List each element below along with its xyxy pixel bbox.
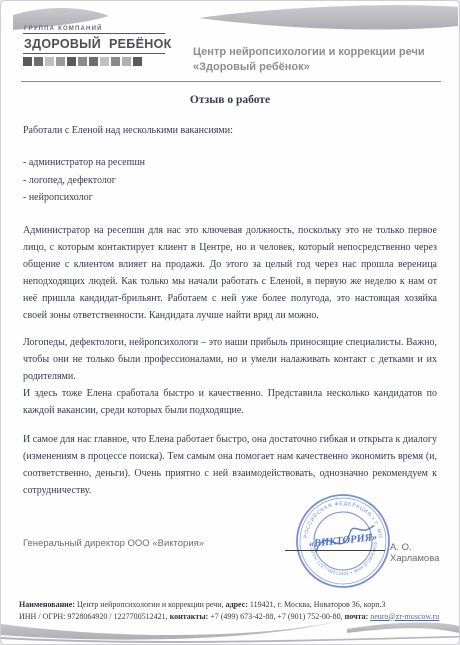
header-org-line2: «Здоровый ребёнок» bbox=[193, 60, 453, 75]
document-title: Отзыв о работе bbox=[1, 94, 459, 106]
vacancy-item: - логопед, дефектолог bbox=[23, 172, 437, 190]
footer-inn-ogrn-value: ИНН / ОГРН: 9728064920 / 1227700512421, bbox=[19, 612, 170, 621]
header-org-line1: Центр нейропсихологии и коррекции речи bbox=[193, 45, 453, 60]
logo-squares bbox=[23, 57, 165, 66]
footer-label-address: адрес: bbox=[226, 600, 248, 609]
signatory-position: Генеральный директор ООО «Виктория» bbox=[23, 538, 204, 549]
email-link[interactable]: neuro@zr-moscow.ru bbox=[370, 612, 439, 621]
footer-phones-value: +7 (499) 673-42-88, +7 (901) 752-00-80, bbox=[208, 612, 344, 621]
logo-word-left: ЗДОРОВЫЙ bbox=[24, 37, 101, 51]
company-logo: ГРУППА КОМПАНИЙ ЗДОРОВЫЙ РЕБЁНОК bbox=[23, 26, 165, 66]
footer-line2: ИНН / ОГРН: 9728064920 / 1227700512421, … bbox=[19, 611, 447, 623]
footer-label-name: Наименование: bbox=[19, 600, 75, 609]
signatory-name: А. О. Харламова bbox=[390, 542, 459, 564]
vacancy-item: - нейропсихолог bbox=[23, 189, 437, 207]
stamp-center-text: «ВИКТОРИЯ» bbox=[308, 532, 377, 550]
signature-line bbox=[285, 550, 385, 551]
intro-line: Работали с Еленой над несколькими ваканс… bbox=[23, 122, 437, 139]
vacancy-list: - администратор на ресепшн - логопед, де… bbox=[23, 154, 437, 207]
logo-main-row: ЗДОРОВЫЙ РЕБЁНОК bbox=[23, 33, 165, 54]
footer-line1: Наименование: Центр нейропсихологии и ко… bbox=[19, 599, 447, 611]
footer-label-contacts: контакты: bbox=[170, 612, 209, 621]
footer-label-email: почта: bbox=[345, 612, 369, 621]
paragraph-specialists: Логопеды, дефектологи, нейропсихологи – … bbox=[23, 334, 437, 385]
logo-word-right: РЕБЁНОК bbox=[109, 37, 172, 51]
logo-group-label: ГРУППА КОМПАНИЙ bbox=[24, 26, 165, 32]
company-round-stamp: РОССИЙСКАЯ ФЕДЕРАЦИЯ • Г. МОСКВА ОГРН 12… bbox=[288, 486, 398, 596]
paragraph-receptionist: Администратор на ресепшн для нас это клю… bbox=[23, 222, 437, 324]
vacancy-item: - администратор на ресепшн bbox=[23, 154, 437, 172]
letter-body: Работали с Еленой над несколькими ваканс… bbox=[23, 122, 437, 499]
footer-address-value: 119421, г. Москва, Новаторов 36, корп.3 bbox=[248, 600, 386, 609]
footer-contacts: Наименование: Центр нейропсихологии и ко… bbox=[19, 599, 447, 622]
footer-org-value: Центр нейропсихологии и коррекции речи, bbox=[75, 600, 226, 609]
header-org-name: Центр нейропсихологии и коррекции речи «… bbox=[193, 45, 453, 75]
header-divider bbox=[21, 81, 441, 82]
scanned-letter-page: ГРУППА КОМПАНИЙ ЗДОРОВЫЙ РЕБЁНОК Це bbox=[0, 0, 460, 645]
paragraph-specialists-cont: И здесь тоже Елена сработала быстро и ка… bbox=[23, 385, 437, 419]
